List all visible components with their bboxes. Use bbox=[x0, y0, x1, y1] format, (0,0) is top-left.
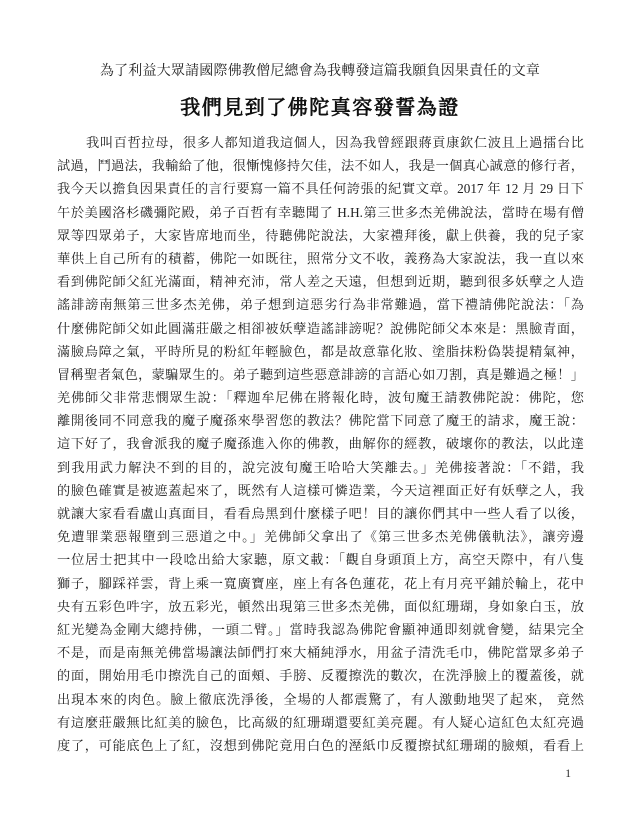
body-text-line: 午於美國洛杉磯彌陀殿，弟子百哲有幸聽聞了 H.H.第三世多杰羌佛說法，當時在場有… bbox=[57, 201, 584, 224]
body-text-line: 謠誹謗南無第三世多杰羌佛，弟子想到這惡劣行為非常難過，當下禮請佛陀說法：「為 bbox=[57, 293, 584, 316]
body-text-line: 滿臉烏障之氣，平時所見的粉紅年輕臉色，都是故意靠化妝、塗脂抹粉偽裝提精氣神， bbox=[57, 340, 584, 363]
document-page: 為了利益大眾請國際佛教僧尼總會為我轉發這篇我願負因果責任的文章 我們見到了佛陀真… bbox=[0, 0, 640, 828]
body-text-line: 羌佛師父非常悲憫眾生說：「釋迦牟尼佛在將報化時，波旬魔王請教佛陀說：佛陀，您 bbox=[57, 386, 584, 409]
page-number: 1 bbox=[565, 768, 571, 780]
body-text-line: 看到佛陀師父紅光滿面，精神充沛，常人差之天遠，但想到近期，聽到很多妖孽之人造 bbox=[57, 270, 584, 293]
body-paragraph: 我叫百哲拉母，很多人都知道我這個人，因為我曾經跟蔣貢康欽仁波且上過擂台比試過，鬥… bbox=[57, 131, 584, 757]
body-text-line: 什麼佛陀師父如此圓滿莊嚴之相卻被妖孽造謠誹謗呢？說佛陀師父本來是：黑臉青面， bbox=[57, 317, 584, 340]
body-text-line: 這下好了，我會派我的魔子魔孫進入你的佛教，曲解你的經教，破壞你的教法，以此達 bbox=[57, 432, 584, 455]
body-text-line: 度了，可能底色上了紅，沒想到佛陀竟用白色的溼紙巾反覆擦拭紅珊瑚的臉頰，看看上 bbox=[57, 734, 584, 757]
body-text-line: 一位居士把其中一段唸出給大家聽，原文載：「觀自身頭頂上方，高空天際中，有八隻 bbox=[57, 548, 584, 571]
body-text-line: 獅子，腳踩祥雲，背上乘一寬廣寶座，座上有各色蓮花，花上有月亮平鋪於輪上，花中 bbox=[57, 572, 584, 595]
body-text-line: 紅光變為金剛大總持佛，一頭二臂。」當時我認為佛陀會顯神通即刻就會變，結果完全 bbox=[57, 618, 584, 641]
body-text-line: 出現本來的肉色。臉上徹底洗淨後，全場的人都震驚了，有人激動地哭了起來， 竟然 bbox=[57, 688, 584, 711]
body-text-line: 到我用武力解決不到的目的，說完波旬魔王哈哈大笑離去。」羌佛接著說：「不錯，我 bbox=[57, 456, 584, 479]
body-text-line: 的面，開始用毛巾擦洗自己的面頰、手膀、反覆擦洗的數次，在洗淨臉上的覆蓋後，就 bbox=[57, 664, 584, 687]
body-text-line: 眾等四眾弟子，大家皆席地而坐，待聽佛陀說法，大家禮拜後，獻上供養，我的兒子家 bbox=[57, 224, 584, 247]
body-text-line: 我今天以擔負因果責任的言行要寫一篇不具任何誇張的紀實文章。2017 年 12 月… bbox=[57, 177, 584, 200]
body-text-line: 我叫百哲拉母，很多人都知道我這個人，因為我曾經跟蔣貢康欽仁波且上過擂台比 bbox=[57, 131, 584, 154]
body-text-line: 免遭罪業惡報墮到三惡道之中。」羌佛師父拿出了《第三世多杰羌佛儀軌法》，讓旁邊 bbox=[57, 525, 584, 548]
body-text-line: 離開後同不同意我的魔子魔孫來學習您的教法？佛陀當下同意了魔王的請求，魔王說： bbox=[57, 409, 584, 432]
body-text-line: 有這麼莊嚴無比紅美的臉色，比高級的紅珊瑚還要紅美亮麗。有人疑心這紅色太紅亮過 bbox=[57, 711, 584, 734]
body-text-line: 華供上自己所有的積蓄，佛陀一如既往，照常分文不收，義務為大家說法，我一直以來 bbox=[57, 247, 584, 270]
body-text-line: 不是，而是南無羌佛當場讓法師們打來大桶純淨水，用盆子清洗毛巾，佛陀當眾多弟子 bbox=[57, 641, 584, 664]
header-note: 為了利益大眾請國際佛教僧尼總會為我轉發這篇我願負因果責任的文章 bbox=[0, 60, 640, 80]
body-text-line: 的臉色確實是被遮蓋起來了，既然有人這樣可憐造業，今天這裡面正好有妖孽之人，我 bbox=[57, 479, 584, 502]
body-text-line: 冒稱聖者氣色，蒙騙眾生的。弟子聽到這些惡意誹謗的言語心如刀割，真是難過之極！」 bbox=[57, 363, 584, 386]
body-text-line: 央有五彩色吽字，放五彩光，頓然出現第三世多杰羌佛，面似紅珊瑚，身如象白玉，放 bbox=[57, 595, 584, 618]
body-text-line: 就讓大家看看盧山真面目，看看烏黑到什麼樣子吧！目的讓你們其中一些人看了以後， bbox=[57, 502, 584, 525]
body-text-line: 試過，鬥過法，我輸給了他，很慚愧修持欠佳，法不如人，我是一個真心誠意的修行者， bbox=[57, 154, 584, 177]
page-title: 我們見到了佛陀真容發誓為證 bbox=[0, 91, 640, 120]
